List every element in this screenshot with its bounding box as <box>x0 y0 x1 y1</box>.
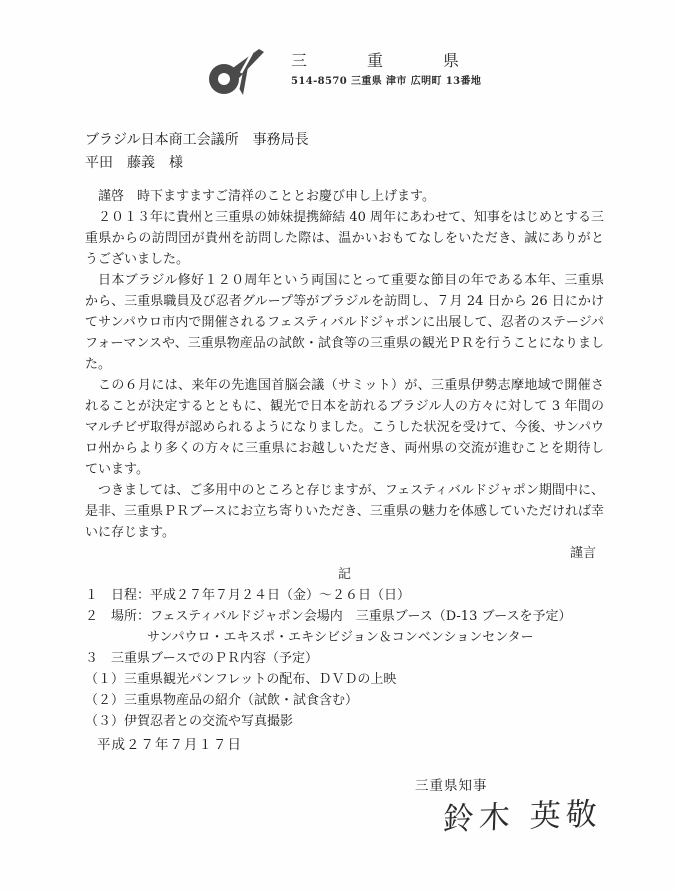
org-address: 514-8570 三重県 津市 広明町 13番地 <box>291 72 481 87</box>
paragraph-2: 日本ブラジル修好１２０周年という両国にとって重要な節目の年である本年、三重県から… <box>85 270 604 375</box>
letter-body: 謹啓 時下ますますご清祥のこととお慶び申し上げます。 ２０１３年に貴州と三重県の… <box>85 186 604 732</box>
closing-word: 謹言 <box>85 543 604 564</box>
paragraph-4: つきましては、ご多用中のところと存じますが、フェスティバルドジャポン期間中に、是… <box>85 480 604 543</box>
recipient-block: ブラジル日本商工会議所 事務局長 平田 藤義 様 <box>85 129 309 175</box>
notice-item-2: ２ 場所：フェスティバルドジャポン会場内 三重県ブース（D-13 ブースを予定） <box>85 606 604 627</box>
notice-item-3-1: （１）三重県観光パンフレットの配布、ＤＶＤの上映 <box>85 669 604 690</box>
notice-item-1: １ 日程：平成２７年７月２４日（金）～２６日（日） <box>85 585 604 606</box>
mie-prefecture-logo-icon <box>203 48 265 96</box>
signer-signature: 鈴木 英敬 <box>442 788 602 839</box>
notice-item-2-sub: サンパウロ・エキスポ・エキシビジョン＆コンベンションセンター <box>85 627 604 648</box>
letterhead: 三重県 514-8570 三重県 津市 広明町 13番地 <box>203 48 481 96</box>
recipient-organization: ブラジル日本商工会議所 事務局長 <box>85 129 309 152</box>
paragraph-3: この６月には、来年の先進国首脳会議（サミット）が、三重県伊勢志摩地域で開催される… <box>85 375 604 480</box>
notice-heading: 記 <box>85 564 604 585</box>
signer-title: 三重県知事 <box>415 774 488 794</box>
paragraph-1: ２０１３年に貴州と三重県の姉妹提携締結 40 周年にあわせて、知事をはじめとする… <box>85 207 604 270</box>
scanned-letter-page: 三重県 514-8570 三重県 津市 広明町 13番地 ブラジル日本商工会議所… <box>0 0 675 891</box>
letterhead-text: 三重県 514-8570 三重県 津市 広明町 13番地 <box>291 48 481 96</box>
org-name: 三重県 <box>291 52 459 69</box>
notice-item-3-2: （２）三重県物産品の紹介（試飲・試食含む） <box>85 690 604 711</box>
recipient-person: 平田 藤義 様 <box>85 152 309 175</box>
salutation-line: 謹啓 時下ますますご清祥のこととお慶び申し上げます。 <box>85 186 604 207</box>
notice-item-3-3: （３）伊賀忍者との交流や写真撮影 <box>85 711 604 732</box>
notice-item-3: ３ 三重県ブースでのＰＲ内容（予定） <box>85 648 604 669</box>
letter-date: 平成２７年７月１７日 <box>97 733 242 753</box>
